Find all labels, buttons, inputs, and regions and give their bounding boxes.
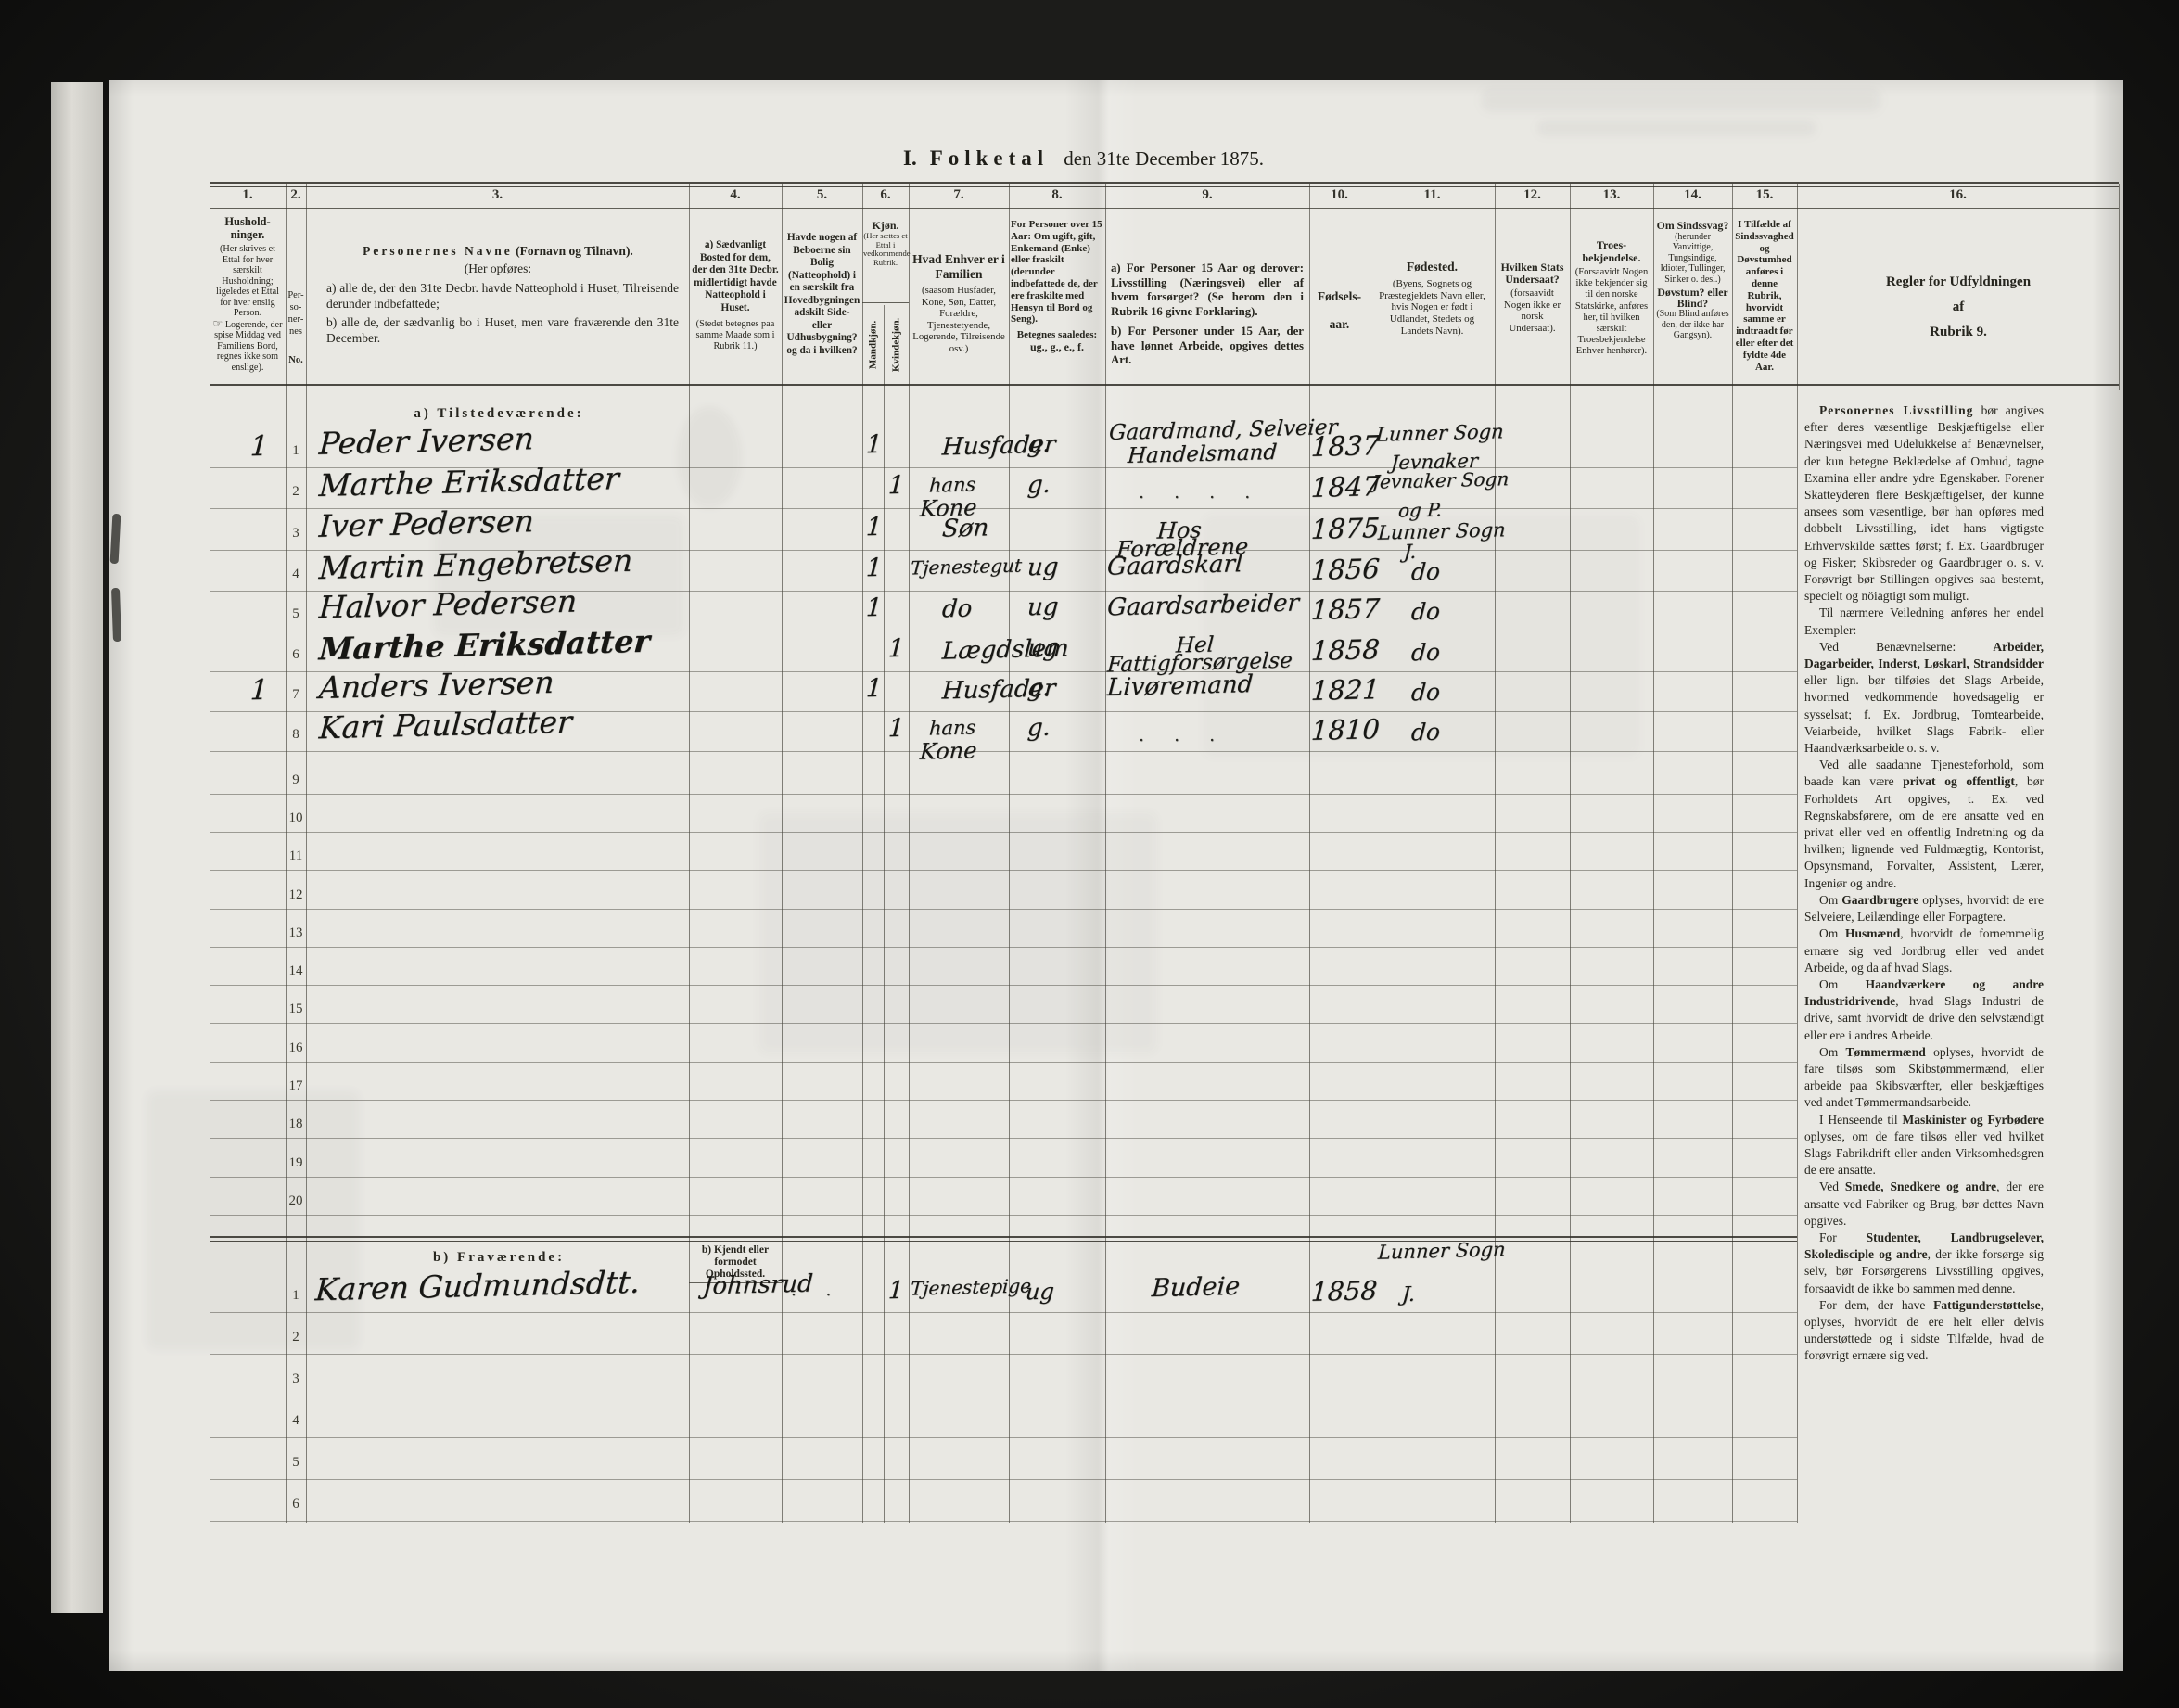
- adjacent-page-edge: [51, 82, 103, 1613]
- row-number: 3: [286, 1371, 306, 1387]
- birth-year: 1856: [1310, 554, 1381, 584]
- col16-l1: Regler for Udfyldningen: [1804, 274, 2112, 290]
- person-name: Karen Gudmundsdtt.: [314, 1267, 641, 1306]
- table-row-line: [210, 909, 1797, 910]
- rules-paragraph: Ved Smede, Snedkere og andre, der ere an…: [1804, 1179, 2044, 1230]
- rules-text: bør angives efter deres væsentlige Beskj…: [1804, 403, 2044, 603]
- row-number: 11: [286, 848, 306, 864]
- column-number: 6.: [862, 187, 909, 203]
- row-number: 1: [286, 1288, 306, 1304]
- bleed-smudge: [147, 1090, 360, 1350]
- birthplace: J.: [1401, 1284, 1416, 1306]
- col12-text: Hvilken Stats Undersaat?: [1497, 261, 1567, 285]
- rules-text: Smede, Snedkere og andre: [1845, 1179, 1996, 1193]
- col10-l2: aar.: [1309, 317, 1370, 332]
- bleed-smudge: [1482, 89, 1880, 111]
- table-row-line: [210, 1138, 1797, 1139]
- bleed-smudge: [758, 812, 1157, 1053]
- column-number: 1.: [210, 187, 286, 203]
- table-row-line: [210, 832, 1797, 833]
- rules-paragraph: Personernes Livsstilling bør angives eft…: [1804, 402, 2044, 605]
- family-position: Tjenestegut: [910, 556, 1022, 579]
- occupation: Handelsmand: [1127, 441, 1278, 467]
- rules-paragraph: Om Gaardbrugere oplyses, hvorvidt de ere…: [1804, 892, 2044, 925]
- column-number: 9.: [1105, 187, 1309, 203]
- birth-year: 1847: [1310, 472, 1381, 502]
- col2-l4: nes: [286, 325, 306, 338]
- row-number: 18: [286, 1116, 306, 1132]
- col15-text: I Tilfælde af Sindssvaghed og Døvstumhed…: [1735, 219, 1794, 373]
- row-number: 6: [286, 1497, 306, 1512]
- table-column-line: [884, 305, 885, 1523]
- section-absent-label: b) Fraværende:: [350, 1250, 647, 1266]
- marital-status: ug: [1026, 636, 1059, 662]
- occupation: Livøremand: [1106, 672, 1254, 701]
- male-tally: 1: [865, 595, 883, 622]
- rules-paragraph: Om Tømmermænd oplyses, hvorvidt de fare …: [1804, 1044, 2044, 1112]
- row-number: 17: [286, 1078, 306, 1094]
- col6-note: (Her sættes et Ettal i vedkommende Rubri…: [863, 232, 908, 267]
- table-row-line: [210, 1354, 1797, 1355]
- column-number: 10.: [1309, 187, 1370, 203]
- row-number: 14: [286, 963, 306, 979]
- rules-text: Ved: [1819, 1179, 1845, 1193]
- marital-status: ug: [1026, 595, 1059, 621]
- col2-l1: Per-: [286, 289, 306, 301]
- birthplace: Jevnaker Sogn: [1371, 469, 1510, 492]
- rules-paragraph: I Henseende til Maskinister og Fyrbødere…: [1804, 1112, 2044, 1179]
- column-header-tilfaelde: I Tilfælde af Sindssvaghed og Døvstumhed…: [1734, 219, 1795, 373]
- rules-paragraph: Ved Benævnelserne: Arbeider, Dagarbeider…: [1804, 639, 2044, 757]
- marital-status: g.: [1026, 432, 1051, 458]
- column-number: 14.: [1653, 187, 1732, 203]
- section-divider-rule: [210, 1236, 1797, 1242]
- row-number: 2: [286, 484, 306, 500]
- column-header-statsborgerskab: Hvilken Stats Undersaat? (forsaavidt Nog…: [1497, 261, 1567, 334]
- birthplace-ditto: do: [1410, 600, 1441, 625]
- col6-mandkjon-label: Mandkjøn.: [863, 306, 883, 384]
- female-tally: 1: [887, 716, 905, 743]
- marital-status: g.: [1026, 676, 1051, 702]
- col11-note: (Byens, Sognets og Præstegjeldets Navn e…: [1373, 278, 1491, 338]
- col1-note2: Logerende, der spise Middag ved Familien…: [214, 320, 282, 373]
- col13-note: (Forsaavidt Nogen ikke bekjender sig til…: [1573, 267, 1650, 358]
- row-number: 12: [286, 887, 306, 903]
- title-main: Folketal: [930, 147, 1050, 170]
- rules-text: Personernes Livsstilling: [1819, 403, 1973, 417]
- family-position: Tjenestepige: [910, 1276, 1031, 1298]
- rules-paragraph: Ved alle saadanne Tjenesteforhold, som b…: [1804, 757, 2044, 892]
- rules-text: Om: [1819, 977, 1866, 991]
- row-number: 2: [286, 1330, 306, 1345]
- binding-mark: [110, 514, 121, 564]
- col2-l3: ner-: [286, 313, 306, 325]
- column-number: 4.: [689, 187, 782, 203]
- marital-status: g.: [1026, 473, 1051, 499]
- column-header-personernes-no: Per- so- ner- nes No.: [286, 289, 306, 366]
- row-number: 1: [286, 443, 306, 459]
- birthplace-ditto: do: [1410, 560, 1441, 585]
- column-number: 16.: [1797, 187, 2119, 203]
- occupation: Gaardmand, Selveier: [1108, 416, 1338, 444]
- column-number: 12.: [1495, 187, 1570, 203]
- column-header-husholdninger: Hushold-ninger. (Her skrives et Ettal fo…: [211, 215, 284, 373]
- table-row-line: [210, 947, 1797, 948]
- column-header-navne: Personernes Navne (Fornavn og Tilnavn). …: [317, 243, 679, 346]
- ditto-dots: . . . .: [1139, 484, 1250, 503]
- col13-title: Troes-bekjendelse.: [1573, 239, 1650, 264]
- row-number: 9: [286, 772, 306, 788]
- birth-year: 1858: [1310, 1277, 1378, 1306]
- birth-year: 1810: [1310, 715, 1381, 745]
- ditto-dots: . .: [791, 1282, 831, 1300]
- row-number: 20: [286, 1193, 306, 1209]
- birth-year: 1857: [1310, 594, 1381, 624]
- column-header-regler: Regler for Udfyldningen af Rubrik 9.: [1804, 274, 2112, 340]
- column-header-troesbekjendelse: Troes-bekjendelse. (Forsaavidt Nogen ikk…: [1573, 239, 1650, 358]
- rules-text: , bør Forholdets Art opgives, t. Ex. ved…: [1804, 774, 2044, 889]
- column-header-familie: Hvad Enhver er i Familien (saasom Husfad…: [911, 252, 1007, 354]
- col4-text: a) Sædvanligt Bosted for dem, der den 31…: [692, 239, 779, 314]
- marital-status: g.: [1026, 716, 1051, 742]
- col16-l3: Rubrik 9.: [1804, 325, 2112, 340]
- col3-item-a: a) alle de, der den 31te Decbr. havde Na…: [317, 280, 679, 312]
- row-number: 4: [286, 567, 306, 582]
- person-name: Marthe Eriksdatter: [318, 463, 620, 503]
- row-number: 6: [286, 647, 306, 663]
- person-name: Iver Pedersen: [318, 505, 535, 542]
- birth-year: 1821: [1310, 675, 1381, 705]
- row-number: 3: [286, 526, 306, 542]
- binding-mark: [111, 588, 121, 642]
- col6-kvindekjon-label: Kvindekjøn.: [886, 306, 907, 384]
- column-header-fodselsaar: Fødsels- aar.: [1309, 289, 1370, 332]
- row-number: 5: [286, 1455, 306, 1471]
- family-position: hans: [928, 474, 976, 495]
- birth-year: 1875: [1310, 514, 1381, 543]
- col7-note: (saasom Husfader, Kone, Søn, Datter, For…: [911, 285, 1007, 354]
- col8-l3: ug., g., e., f.: [1011, 341, 1103, 353]
- column-number: 7.: [909, 187, 1009, 203]
- column-header-civilstand: For Personer over 15 Aar: Om ugift, gift…: [1011, 219, 1103, 353]
- column-header-sidebygning: Havde nogen af Beboerne sin Bolig (Natte…: [784, 232, 860, 357]
- table-row-line: [210, 794, 1797, 795]
- occupation: Gaardskarl: [1106, 552, 1243, 580]
- column-header-livsstilling: a) For Personer 15 Aar og derover: Livss…: [1111, 261, 1304, 368]
- female-tally: 1: [887, 473, 905, 500]
- col3-title2: (Fornavn og Tilnavn).: [516, 244, 633, 258]
- table-rule-under-numbers: [210, 208, 2119, 209]
- table-row-line: [210, 985, 1797, 986]
- title-roman-numeral: I.: [903, 147, 917, 170]
- birthplace-ditto: do: [1410, 641, 1441, 666]
- col12-note: (forsaavidt Nogen ikke er norsk Undersaa…: [1497, 287, 1567, 334]
- male-tally: 1: [865, 676, 883, 703]
- family-position: do: [941, 597, 973, 623]
- birthplace-ditto: do: [1410, 681, 1441, 706]
- birth-year: 1837: [1310, 431, 1381, 461]
- rules-paragraph: Til nærmere Veiledning anføres her endel…: [1804, 605, 2044, 638]
- male-tally: 1: [865, 432, 883, 459]
- table-row-line: [210, 751, 1797, 752]
- family-position: hans: [928, 717, 976, 738]
- person-name: Martin Engebretsen: [318, 545, 633, 585]
- marital-status: ug: [1026, 555, 1059, 581]
- row-number: 7: [286, 687, 306, 703]
- row-number: 15: [286, 1001, 306, 1017]
- family-position: Kone: [919, 739, 977, 764]
- watermark-crest: [677, 406, 742, 508]
- col5-text: Havde nogen af Beboerne sin Bolig (Natte…: [784, 232, 860, 356]
- col8-text: For Personer over 15 Aar: Om ugift, gift…: [1011, 219, 1103, 325]
- column-header-bosted: a) Sædvanligt Bosted for dem, der den 31…: [692, 239, 779, 352]
- birthplace: Lunner Sogn: [1377, 519, 1506, 542]
- rules-text: Husmænd: [1845, 926, 1900, 940]
- section-present-label: a) Tilstedeværende:: [350, 406, 647, 422]
- census-form-page: I.Folketalden 31te December 1875. Hushol…: [109, 80, 2123, 1671]
- birthplace: Lunner Sogn: [1375, 421, 1504, 444]
- male-tally: 1: [865, 555, 883, 582]
- female-tally: 1: [887, 636, 905, 663]
- marital-status: ug: [1025, 1281, 1054, 1305]
- rules-text: For dem, der have: [1819, 1298, 1933, 1312]
- row-number: 19: [286, 1155, 306, 1171]
- col14-n2: (Som Blind anføres den, der ikke har Gan…: [1655, 309, 1730, 341]
- rules-text: For: [1819, 1230, 1867, 1244]
- table-row-line: [210, 1396, 1797, 1396]
- rules-text: Tømmermænd: [1846, 1045, 1926, 1059]
- rules-text: Om: [1819, 1045, 1846, 1059]
- person-name: Halvor Pedersen: [318, 586, 578, 625]
- person-name: Kari Paulsdatter: [318, 707, 573, 745]
- col3-title: Personernes Navne: [363, 244, 513, 258]
- rules-text: oplyses, om de fare tilsøs eller ved hvi…: [1804, 1129, 2044, 1177]
- table-row-line: [210, 1062, 1797, 1063]
- col14-t2: Døvstum? eller Blind?: [1655, 287, 1730, 309]
- absent-hdr-l1: b) Kjendt eller: [689, 1244, 782, 1256]
- column-number: 3.: [306, 187, 689, 203]
- male-tally: 1: [865, 515, 883, 542]
- rules-paragraph: For Studenter, Landbrugselever, Skoledis…: [1804, 1230, 2044, 1297]
- row-number: 13: [286, 925, 306, 941]
- col3-sub: (Her opføres:: [317, 261, 679, 276]
- row-number: 16: [286, 1040, 306, 1056]
- rules-text: eller lign. bør tilføies det Slags Arbei…: [1804, 673, 2044, 755]
- col7-title: Hvad Enhver er i Familien: [911, 252, 1007, 281]
- table-row-line: [210, 1437, 1797, 1438]
- col9-item-b: b) For Personer under 15 Aar, der have l…: [1111, 325, 1304, 368]
- col4-note: (Stedet betegnes paa samme Maade som i R…: [692, 319, 779, 352]
- table-column-line: [2119, 184, 2120, 390]
- col16-l2: af: [1804, 300, 2112, 315]
- rules-text: Til nærmere Veiledning anføres her endel…: [1804, 605, 2044, 636]
- col2-l5: No.: [286, 354, 306, 366]
- filling-rules-text: Personernes Livsstilling bør angives eft…: [1804, 402, 2044, 1365]
- rules-text: privat og offentligt: [1903, 774, 2015, 788]
- rules-text: Om: [1819, 926, 1845, 940]
- title-date: den 31te December 1875.: [1064, 147, 1264, 170]
- col1-title: Hushold-ninger.: [211, 215, 284, 241]
- row-number: 4: [286, 1413, 306, 1429]
- rules-paragraph: Om Husmænd, hvorvidt de fornemmelig ernæ…: [1804, 925, 2044, 976]
- col14-n1: (herunder Vanvittige, Tungsindige, Idiot…: [1655, 232, 1730, 286]
- col1-note: (Her skrives et Ettal for hver særskilt …: [211, 244, 284, 319]
- col10-l1: Fødsels-: [1309, 289, 1370, 304]
- row-number: 8: [286, 727, 306, 743]
- rules-text: I Henseende til: [1819, 1113, 1903, 1127]
- rules-paragraph: Om Haandværkere og andre Industridrivend…: [1804, 976, 2044, 1044]
- column-header-kjon: Kjøn. (Her sættes et Ettal i vedkommende…: [863, 219, 908, 267]
- table-row-line: [210, 1023, 1797, 1024]
- household-mark: 1: [249, 676, 269, 706]
- row-number: 10: [286, 810, 306, 826]
- table-row-line: [210, 1215, 1797, 1216]
- rules-text: Gaardbrugere: [1841, 893, 1918, 907]
- table-rule-header-bottom: [210, 384, 2119, 389]
- col9-item-a: a) For Personer 15 Aar og derover: Livss…: [1111, 261, 1304, 319]
- rules-text: Fattigunderstøttelse: [1933, 1298, 2040, 1312]
- table-row-line: [210, 870, 1797, 871]
- person-name: Anders Iversen: [318, 667, 555, 705]
- column-header-fodested: Fødested. (Byens, Sognets og Præstegjeld…: [1373, 261, 1491, 338]
- column-number: 8.: [1009, 187, 1105, 203]
- page-title: I.Folketalden 31te December 1875.: [903, 147, 1264, 171]
- pointing-hand-icon: ☞: [213, 317, 223, 330]
- birthplace: Lunner Sogn: [1377, 1239, 1506, 1262]
- occupation: Budeie: [1151, 1274, 1241, 1303]
- birth-year: 1858: [1310, 635, 1381, 665]
- rules-text: Om: [1819, 893, 1841, 907]
- occupation: Gaardsarbeider: [1106, 591, 1300, 620]
- column-number: 15.: [1732, 187, 1797, 203]
- person-name: Marthe Eriksdatter: [318, 626, 651, 666]
- ditto-dots: . . .: [1139, 727, 1215, 746]
- table-row-line: [210, 1479, 1797, 1480]
- birthplace-ditto: do: [1410, 720, 1441, 746]
- table-row-line: [210, 1177, 1797, 1178]
- absent-hdr-l2: formodet: [689, 1256, 782, 1268]
- col3-item-b: b) alle de, der sædvanlig bo i Huset, me…: [317, 314, 679, 346]
- col14-t1: Om Sindssvag?: [1655, 221, 1730, 232]
- table-row-line: [210, 1521, 1797, 1522]
- col6-internal-rule: [862, 302, 909, 303]
- rules-text: Maskinister og Fyrbødere: [1903, 1113, 2044, 1127]
- rules-text: Ved Benævnelserne:: [1819, 640, 1993, 654]
- table-row-line: [210, 1100, 1797, 1101]
- table-row-line: [210, 1312, 1797, 1313]
- female-tally: 1: [887, 1279, 904, 1305]
- column-number: 5.: [782, 187, 862, 203]
- column-number: 13.: [1570, 187, 1653, 203]
- birthplace: og P.: [1397, 500, 1442, 520]
- column-number: 11.: [1370, 187, 1495, 203]
- col2-l2: so-: [286, 301, 306, 313]
- col6-title: Kjøn.: [863, 219, 908, 232]
- scanned-census-document: I.Folketalden 31te December 1875. Hushol…: [0, 0, 2179, 1708]
- rules-paragraph: For dem, der have Fattigunderstøttelse, …: [1804, 1297, 2044, 1365]
- family-position: Søn: [941, 516, 989, 542]
- row-number: 5: [286, 606, 306, 622]
- col11-title: Fødested.: [1373, 261, 1491, 274]
- column-header-sindssvag: Om Sindssvag? (herunder Vanvittige, Tung…: [1655, 221, 1730, 341]
- household-mark: 1: [249, 432, 269, 462]
- bleed-smudge: [1537, 121, 1816, 135]
- column-number: 2.: [286, 187, 306, 203]
- person-name: Peder Iversen: [318, 423, 535, 460]
